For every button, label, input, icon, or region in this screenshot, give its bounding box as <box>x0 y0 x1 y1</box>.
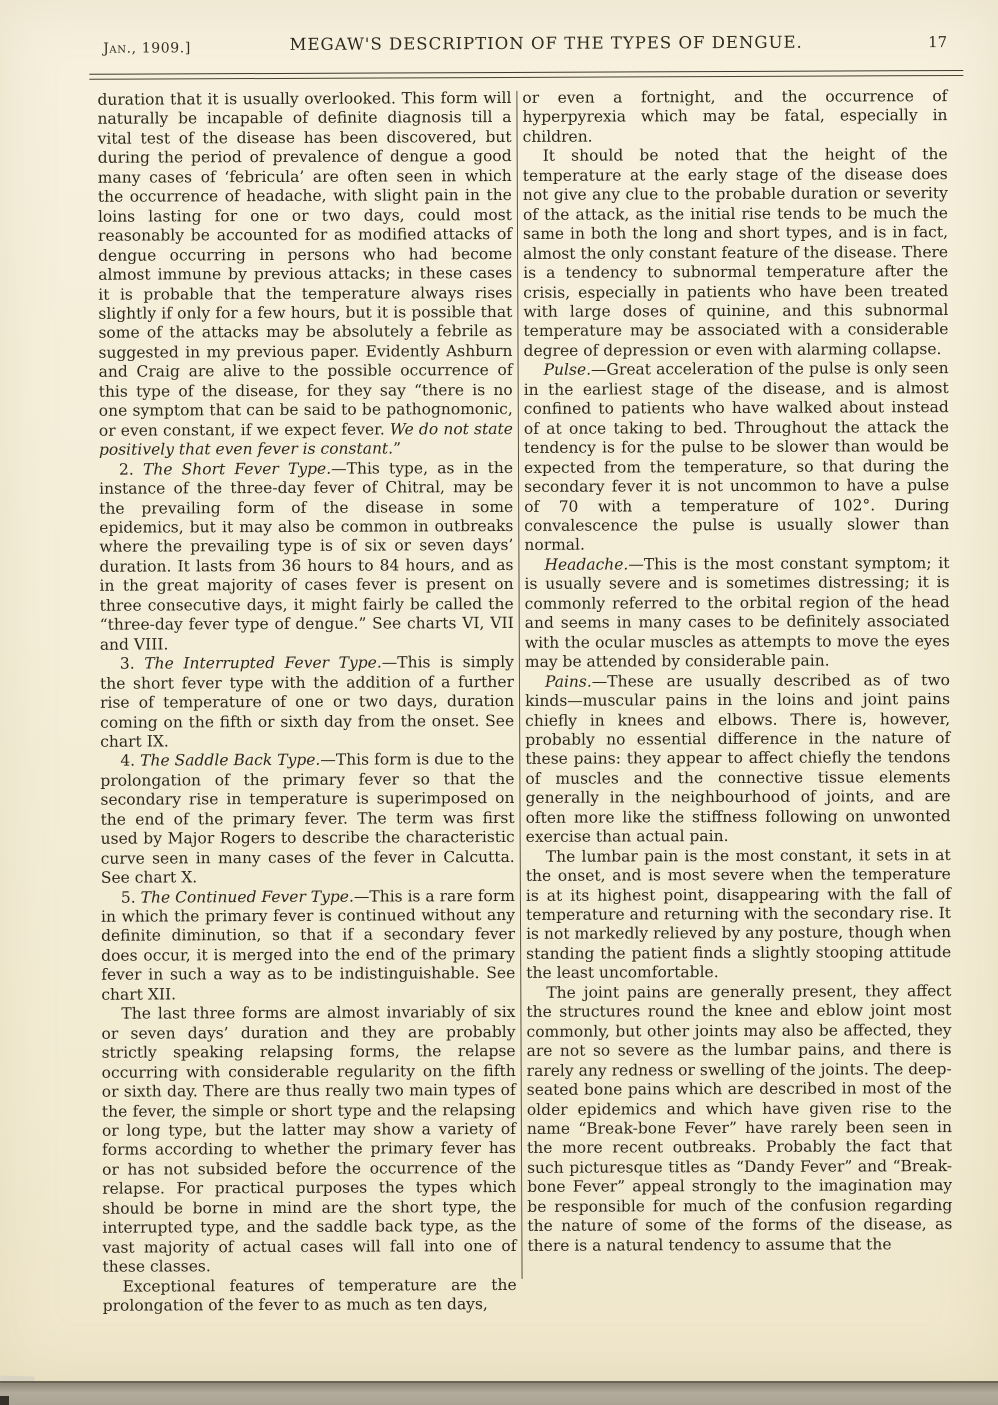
text-columns: duration that it is usually overlooked. … <box>0 87 998 1317</box>
paragraph-text: —This type, as in the instance of the th… <box>99 459 514 654</box>
paragraph-text: 5. <box>121 888 141 906</box>
paragraph-text: duration that it is usually overlooked. … <box>97 89 512 440</box>
paragraph: The last three forms are almost invariab… <box>101 1003 516 1277</box>
page-header: Jan., 1909.] MEGAW'S DESCRIPTION OF THE … <box>0 32 995 66</box>
header-double-rule <box>89 70 963 80</box>
paragraph-text: —This form is due to the prolongation of… <box>100 750 514 887</box>
paragraph-text: —Great acceleration of the pulse is only… <box>524 359 950 554</box>
paragraph: 2. The Short Fever Type.—This type, as i… <box>99 459 514 655</box>
paragraph-heading-italic: The Short Fever Type. <box>143 459 331 478</box>
page-title: MEGAW'S DESCRIPTION OF THE TYPES OF DENG… <box>127 32 965 55</box>
paragraph-text: or even a fortnight, and the occurrence … <box>522 87 947 146</box>
paragraph-heading-italic: The Saddle Back Type. <box>140 751 320 770</box>
scanned-page: Jan., 1909.] MEGAW'S DESCRIPTION OF THE … <box>0 0 998 1381</box>
paragraph-text: The lumbar pain is the most constant, it… <box>526 846 951 983</box>
left-column: duration that it is usually overlooked. … <box>97 89 516 1316</box>
right-column: or even a fortnight, and the occurrence … <box>522 87 952 1314</box>
scan-background-edge <box>0 1381 998 1405</box>
paragraph-text: ” <box>393 440 401 458</box>
paragraph-heading-italic: The Interrupted Fever Type. <box>144 654 382 673</box>
paragraph-text: The joint pains are generally present, t… <box>526 982 952 1255</box>
paragraph: Pains.—These are usually described as of… <box>525 671 951 848</box>
page-number: 17 <box>928 33 947 51</box>
column-divider-rule <box>516 91 522 1279</box>
paragraph-heading-italic: Pains. <box>545 672 592 690</box>
scan-corner-shadow <box>0 1396 9 1405</box>
paragraph: duration that it is usually overlooked. … <box>97 89 513 460</box>
paragraph: or even a fortnight, and the occurrence … <box>522 87 947 147</box>
page-content: Jan., 1909.] MEGAW'S DESCRIPTION OF THE … <box>0 0 998 1383</box>
paragraph-heading-italic: The Continued Fever Type. <box>141 887 354 906</box>
paragraph: Headache.—This is the most constant symp… <box>524 554 950 673</box>
paragraph-text: 4. <box>120 752 140 770</box>
paragraph-text: Exceptional features of temperature are … <box>103 1276 517 1315</box>
paragraph-text: It should be noted that the height of th… <box>523 145 949 359</box>
paragraph: It should be noted that the height of th… <box>523 145 949 361</box>
paragraph-text: The last three forms are almost invariab… <box>101 1003 516 1276</box>
paragraph: Exceptional features of temperature are … <box>103 1276 517 1317</box>
paragraph-text: —These are usually described as of two k… <box>525 671 951 846</box>
paragraph-text: 3. <box>120 655 145 673</box>
paragraph: 4. The Saddle Back Type.—This form is du… <box>100 750 515 888</box>
paragraph-heading-italic: Pulse. <box>544 361 592 379</box>
paragraph: 5. The Continued Fever Type.—This is a r… <box>101 887 516 1006</box>
paragraph: Pulse.—Great acceleration of the pulse i… <box>524 359 950 555</box>
paragraph: 3. The Interrupted Fever Type.—This is s… <box>100 653 514 752</box>
paragraph-heading-italic: Headache. <box>544 555 628 573</box>
paragraph: The lumbar pain is the most constant, it… <box>526 846 952 984</box>
paragraph-text: 2. <box>119 460 143 478</box>
paragraph: The joint pains are generally present, t… <box>526 982 952 1256</box>
